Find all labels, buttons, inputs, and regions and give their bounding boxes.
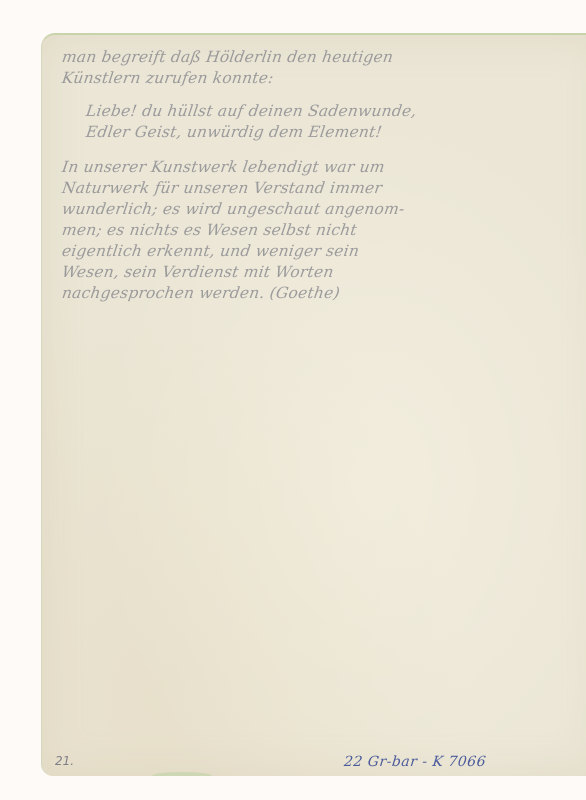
catalog-annotation: 22 Gr-bar - K 7066	[343, 754, 487, 770]
page-number: 21.	[55, 754, 74, 768]
body-line: Naturwerk für unseren Verstand immer	[61, 178, 584, 199]
body-line: nachgesprochen werden. (Goethe)	[61, 283, 584, 304]
paper-stain	[152, 772, 212, 776]
spacer	[62, 143, 582, 157]
body-line: eigentlich erkennt, und weniger sein	[61, 241, 584, 262]
spacer	[62, 89, 582, 101]
intro-line: Künstlern zurufen konnte:	[61, 68, 584, 89]
body-line: men; es nichts es Wesen selbst nicht	[61, 220, 584, 241]
quote-line: Edler Geist, unwürdig dem Element!	[61, 122, 584, 143]
body-line: In unserer Kunstwerk lebendigt war um	[61, 157, 584, 178]
intro-line: man begreift daß Hölderlin den heutigen	[61, 47, 584, 68]
quote-line: Liebe! du hüllst auf deinen Sadenwunde,	[61, 101, 584, 122]
handwritten-text: man begreift daß Hölderlin den heutigen …	[62, 47, 582, 304]
body-line: wunderlich; es wird ungeschaut angenom-	[61, 199, 584, 220]
manuscript-page: man begreift daß Hölderlin den heutigen …	[41, 33, 586, 776]
body-line: Wesen, sein Verdienst mit Worten	[61, 262, 584, 283]
scan-canvas: man begreift daß Hölderlin den heutigen …	[0, 0, 586, 800]
